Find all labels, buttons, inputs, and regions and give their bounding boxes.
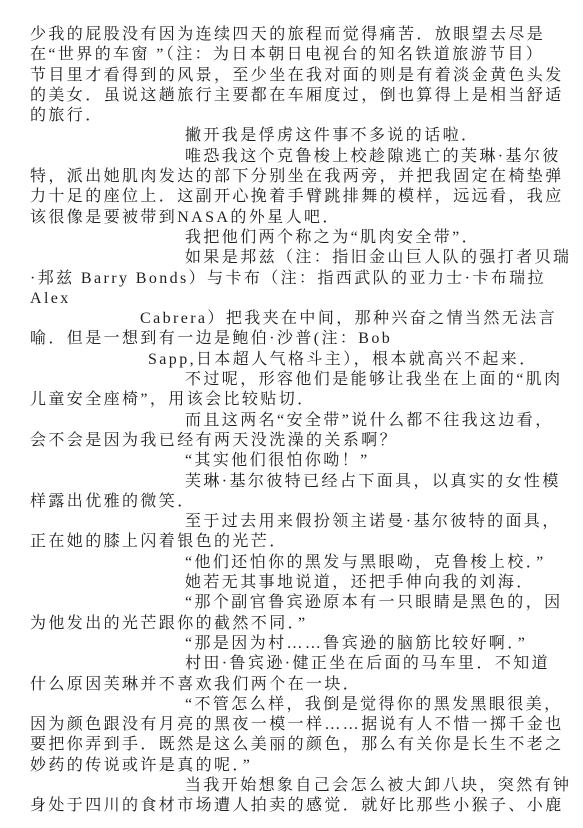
text-line: 在“世界的车窗 ”（注：为日本朝日电视台的知名铁道旅游节目） [30, 45, 555, 65]
text-line: “那个副官鲁宾逊原本有一只眼睛是黑色的，因 [30, 593, 555, 613]
text-line: ·邦兹 Barry Bonds）与卡布（注：指西武队的亚力士·卡布瑞拉 [30, 269, 555, 289]
text-line: 而且这两名“安全带”说什么都不往我这边看， [30, 411, 555, 431]
text-line: 少我的屁股没有因为连续四天的旅程而觉得痛苦．放眼望去尽是 [30, 25, 555, 45]
text-line: Sapp,日本超人气格斗主），根本就高兴不起来． [30, 350, 555, 370]
text-line: 该很像是要被带到NASA的外星人吧． [30, 208, 555, 228]
text-line: 身处于四川的食材市场遭人拍卖的感觉．就好比那些小猴子、小鹿 [30, 796, 555, 816]
text-line: 什么原因芙琳并不喜欢我们两个在一块． [30, 675, 555, 695]
text-line: 要把你弄到手．既然是这么美丽的颜色，那么有关你是长生不老之 [30, 735, 555, 755]
text-line: 的旅行． [30, 106, 555, 126]
text-line: 我把他们两个称之为“肌肉安全带”． [30, 228, 555, 248]
text-line: 如果是邦兹（注：指旧金山巨人队的强打者贝瑞 [30, 248, 555, 268]
text-line: “他们还怕你的黑发与黑眼呦，克鲁梭上校．” [30, 553, 555, 573]
text-line: 力十足的座位上．这副开心挽着手臂跳排舞的模样，远远看，我应 [30, 187, 555, 207]
text-line: 唯恐我这个克鲁梭上校趁隙逃亡的芙琳·基尔彼 [30, 147, 555, 167]
text-line: 不过呢，形容他们是能够让我坐在上面的“肌肉 [30, 370, 555, 390]
text-line: Cabrera）把我夹在中间，那种兴奋之情当然无法言 [30, 309, 555, 329]
text-line: 儿童安全座椅”，用该会比较贴切． [30, 390, 555, 410]
text-line: 她若无其事地说道，还把手伸向我的刘海． [30, 573, 555, 593]
text-line: 样露出优雅的微笑． [30, 492, 555, 512]
text-line: “其实他们很怕你呦！” [30, 451, 555, 471]
text-line: 正在她的膝上闪着银色的光芒． [30, 532, 555, 552]
text-line: 村田·鲁宾逊·健正坐在后面的马车里．不知道 [30, 654, 555, 674]
text-line: 的美女．虽说这趟旅行主要都在车厢度过，倒也算得上是相当舒适 [30, 86, 555, 106]
text-block: 少我的屁股没有因为连续四天的旅程而觉得痛苦．放眼望去尽是在“世界的车窗 ”（注：… [30, 25, 555, 817]
page: 少我的屁股没有因为连续四天的旅程而觉得痛苦．放眼望去尽是在“世界的车窗 ”（注：… [0, 0, 583, 828]
text-line: 因为颜色跟没有月亮的黑夜一模一样……据说有人不惜一掷千金也 [30, 715, 555, 735]
text-line: 芙琳·基尔彼特已经占下面具，以真实的女性模 [30, 472, 555, 492]
text-line: 喻．但是一想到有一边是鲍伯·沙普(注：Bob [30, 329, 555, 349]
text-line: 特，派出她肌肉发达的部下分别坐在我两旁，并把我固定在椅垫弹 [30, 167, 555, 187]
text-line: 会不会是因为我已经有两天没洗澡的关系啊？ [30, 431, 555, 451]
text-line: “不管怎么样，我倒是觉得你的黑发黑眼很美， [30, 695, 555, 715]
text-line: 撇开我是俘虏这件事不多说的话啦． [30, 126, 555, 146]
text-line: 妙药的传说或许是真的呢．” [30, 756, 555, 776]
text-line: 节目里才看得到的风景，至少坐在我对面的则是有着淡金黄色头发 [30, 66, 555, 86]
text-line: Alex [30, 289, 555, 309]
text-line: 为他发出的光芒跟你的截然不同．” [30, 614, 555, 634]
text-line: “那是因为村……鲁宾逊的脑筋比较好啊．” [30, 634, 555, 654]
text-line: 当我开始想象自己会怎么被大卸八块，突然有钟 [30, 776, 555, 796]
text-line: 至于过去用来假扮领主诺曼·基尔彼特的面具， [30, 512, 555, 532]
